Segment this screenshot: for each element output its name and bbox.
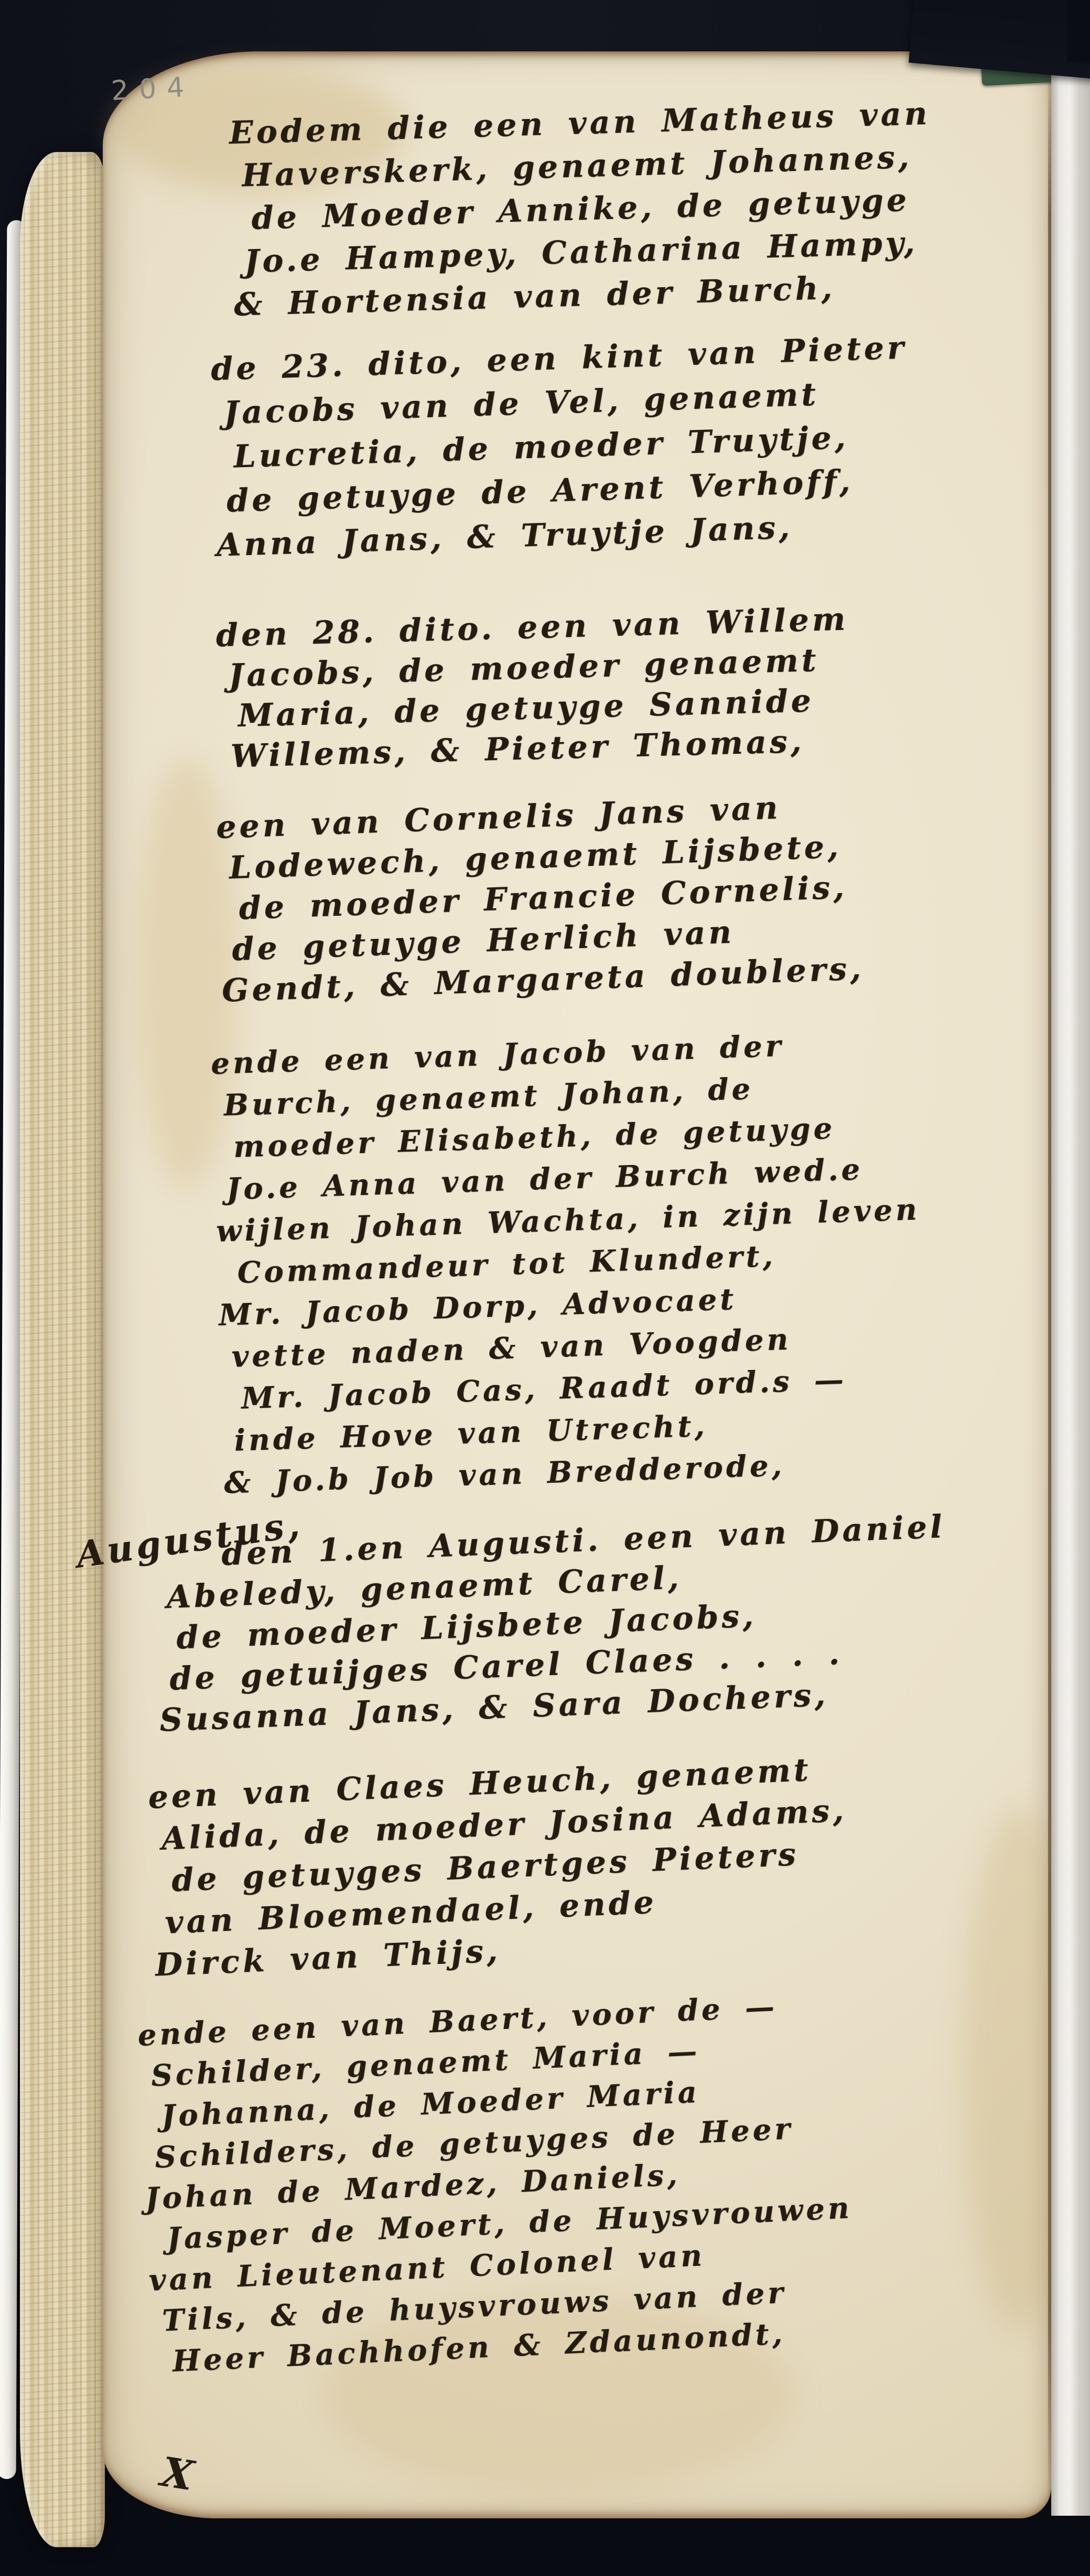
register-entry: Eodem die een van Matheus vanHaverskerk,…: [229, 92, 936, 327]
manuscript-page: 204 Eodem die een van Matheus vanHaversk…: [103, 51, 1051, 2518]
cover-shadow: [1067, 0, 1090, 62]
page-number: 204: [111, 71, 196, 107]
register-entry: een van Cornelis Jans vanLodewech, genae…: [215, 785, 865, 1012]
register-entry: den 1.en Augusti. een van DanielAbeledy,…: [153, 1506, 952, 1741]
scanned-manuscript-photo: 204 Eodem die een van Matheus vanHaversk…: [0, 0, 1090, 2576]
register-entry: de 23. dito, een kint van PieterJacobs v…: [210, 325, 913, 568]
register-entry: den 28. dito. een van WillemJacobs, de m…: [215, 599, 852, 777]
x-mark: X: [158, 2448, 197, 2500]
book-gutter: [1051, 68, 1090, 2516]
register-entry: een van Claes Heuch, genaemtAlida, de mo…: [147, 1747, 853, 1986]
book-page-edges: [20, 152, 105, 2547]
register-entry: ende een van Jacob van derBurch, genaemt…: [210, 1021, 929, 1504]
register-entry: ende een van Baert, voor de —Schilder, g…: [137, 1983, 859, 2383]
